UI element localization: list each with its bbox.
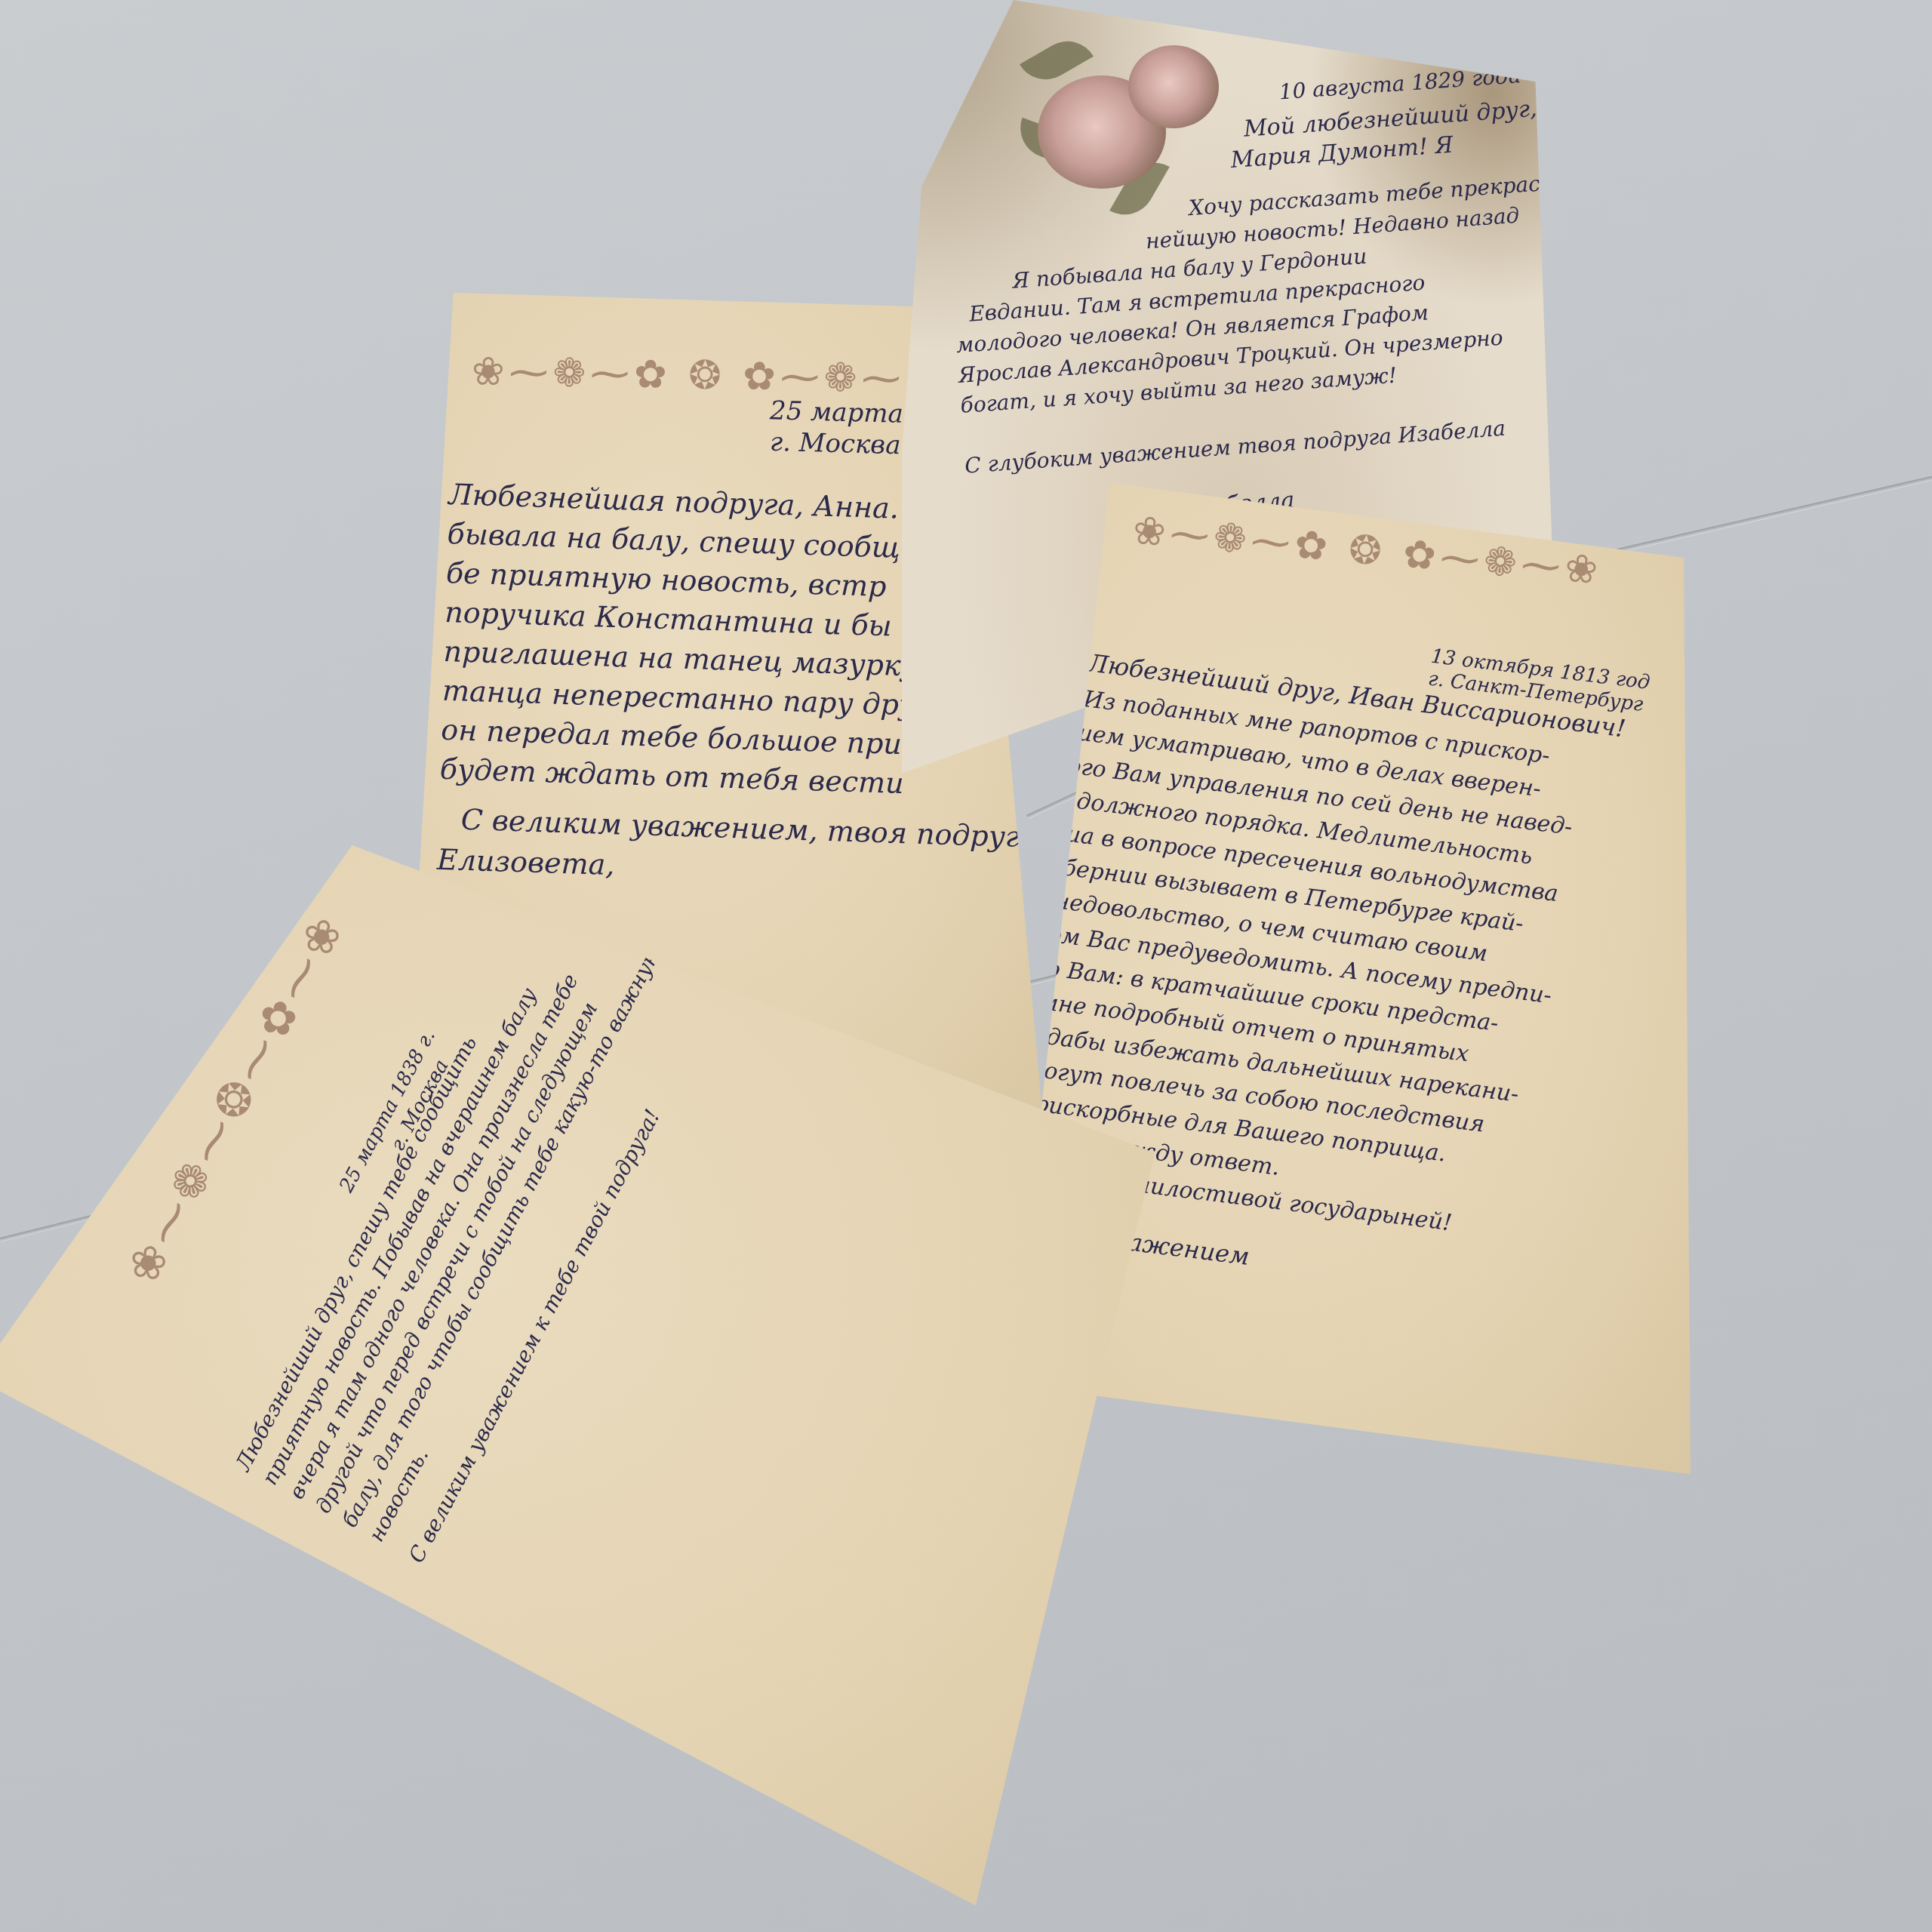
letter-place: г. Москва — [770, 427, 901, 461]
letter-signature: Елизовета, — [436, 843, 615, 881]
floral-garland-icon: ❀⁓❁⁓✿ ❂ ✿⁓❁⁓❀ — [472, 349, 943, 403]
letter-ivan: ❀⁓❁⁓✿ ❂ ✿⁓❁⁓❀ 13 октября 1813 год г. Сан… — [1011, 483, 1690, 1479]
